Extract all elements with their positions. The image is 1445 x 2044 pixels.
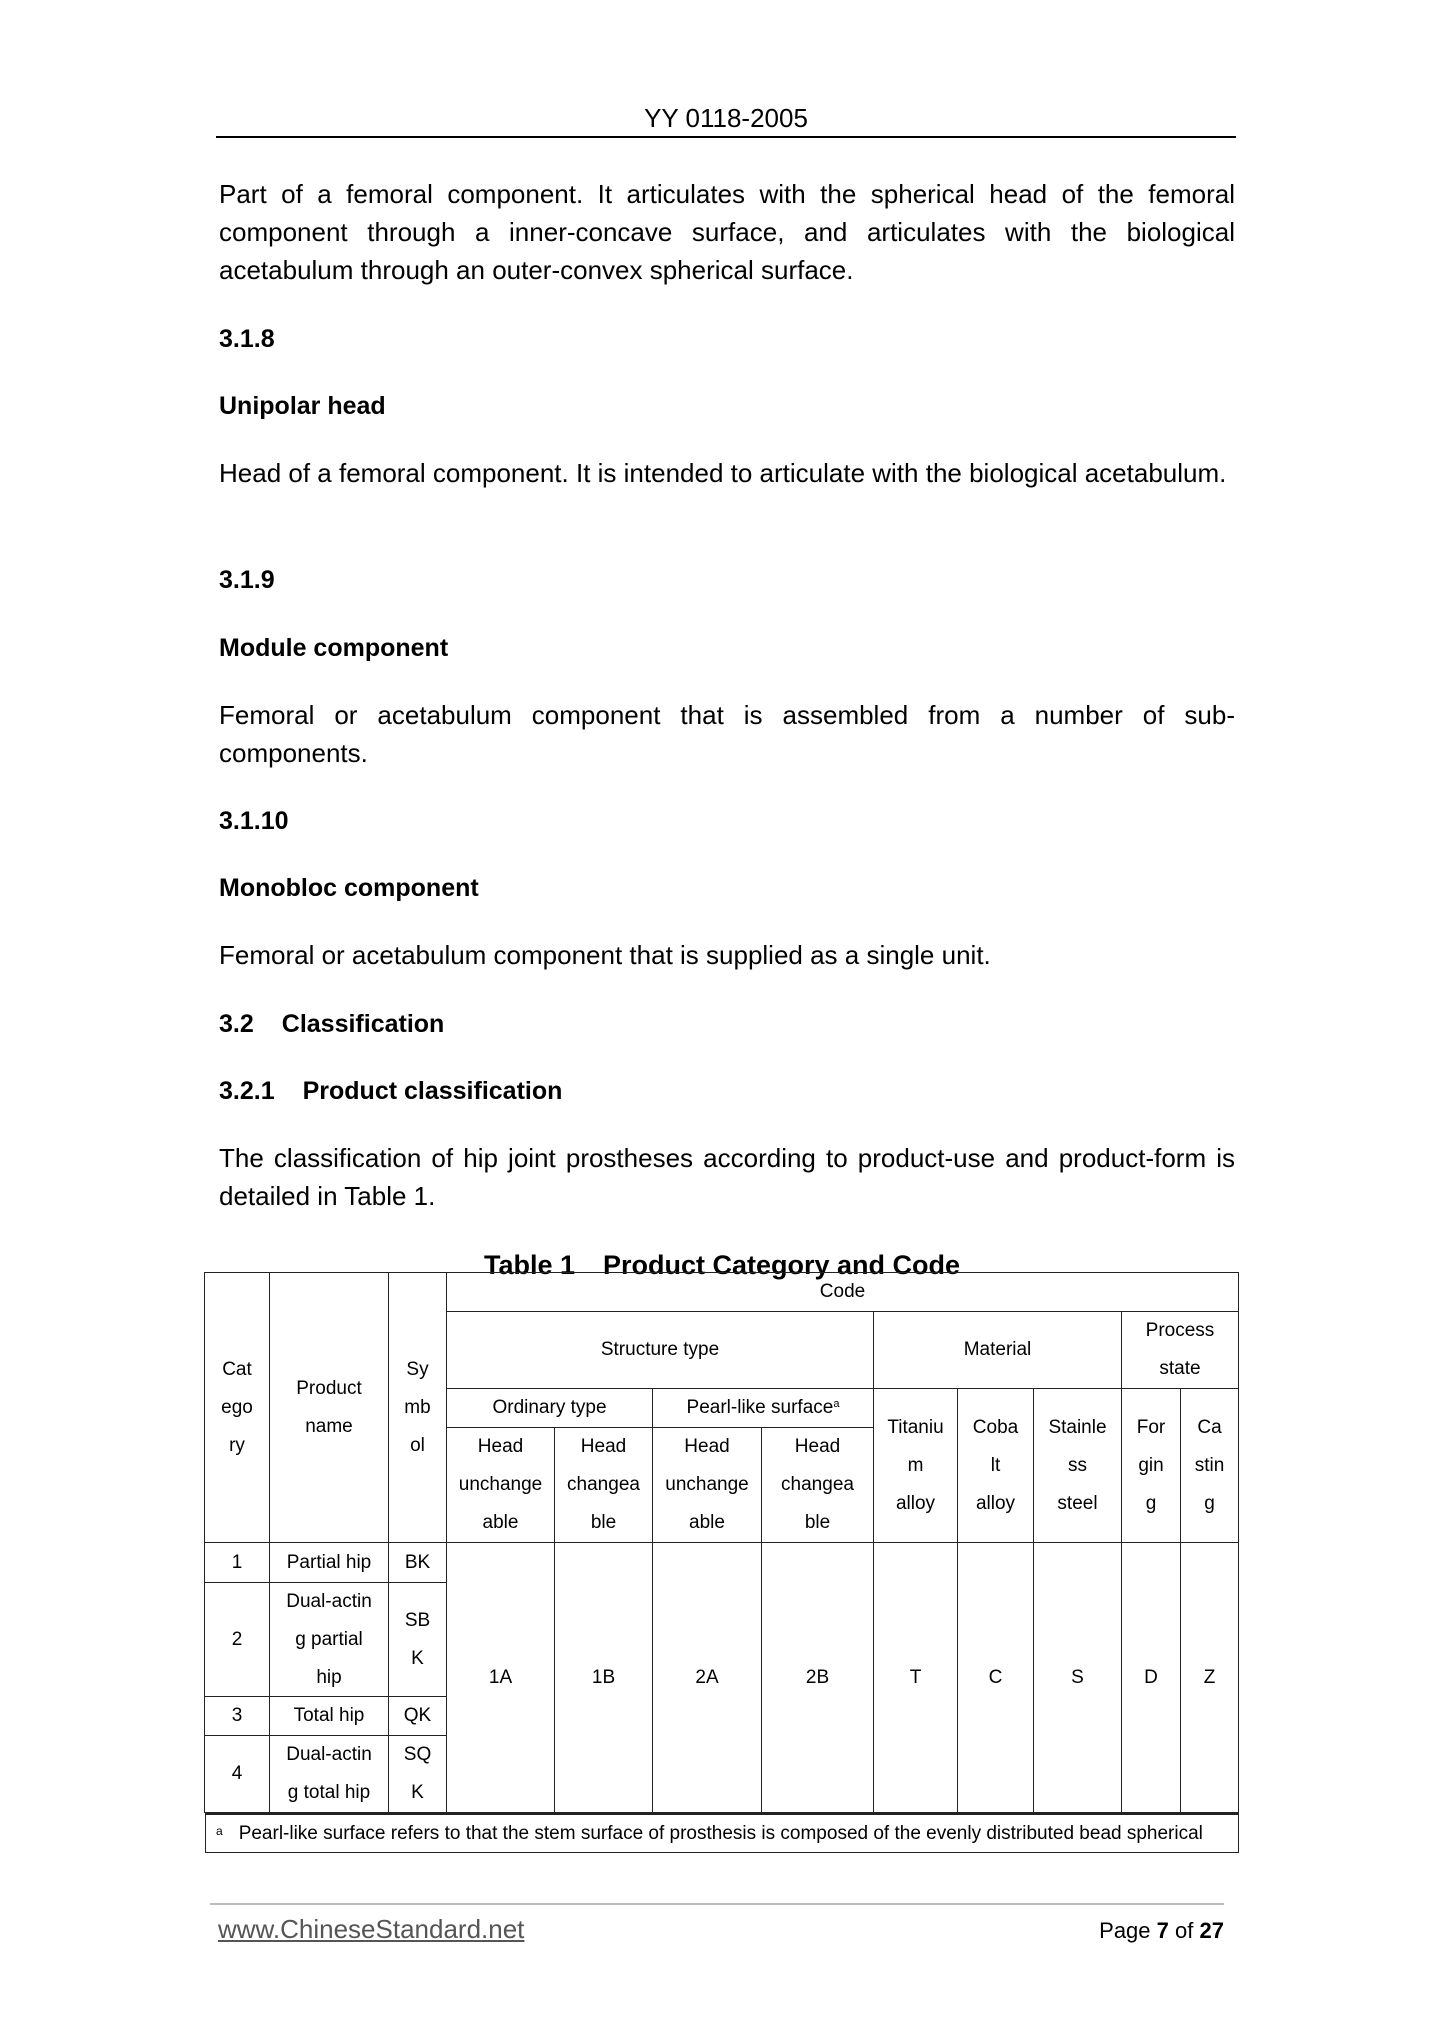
row-symbol: QK xyxy=(388,1696,447,1736)
total-pages: 27 xyxy=(1200,1918,1224,1943)
classification-paragraph: The classification of hip joint prosthes… xyxy=(219,1139,1235,1215)
table-footnote: aPearl-like surface refers to that the s… xyxy=(205,1813,1239,1853)
header-cobalt-alloy: Cobaltalloy xyxy=(957,1388,1034,1543)
section-number: 3.2 xyxy=(219,1010,254,1038)
header-ordinary-head-changeable: Headchangeable xyxy=(554,1427,653,1543)
header-process-state: Processstate xyxy=(1121,1311,1239,1389)
current-page: 7 xyxy=(1157,1918,1169,1943)
section-number-3-1-8: 3.1.8 xyxy=(219,325,275,354)
header-product-name: Productname xyxy=(269,1272,389,1543)
section-number: 3.2.1 xyxy=(219,1077,275,1105)
row-product-name: Total hip xyxy=(269,1696,389,1736)
header-category: Category xyxy=(204,1272,270,1543)
row-category: 3 xyxy=(204,1696,270,1736)
header-pearl-like-surface: Pearl-like surfacea xyxy=(652,1388,874,1428)
page-indicator: Page 7 of 27 xyxy=(1000,1918,1224,1944)
row-product-name: Dual-acting partialhip xyxy=(269,1582,389,1697)
term-module-component: Module component xyxy=(219,634,448,663)
code-cell: C xyxy=(957,1542,1034,1813)
code-cell: D xyxy=(1121,1542,1181,1813)
definition-module-component: Femoral or acetabulum component that is … xyxy=(219,696,1235,772)
footnote-mark: a xyxy=(216,1824,223,1838)
header-material: Material xyxy=(873,1311,1122,1389)
header-casting: Casting xyxy=(1180,1388,1239,1543)
code-cell: S xyxy=(1033,1542,1122,1813)
footer-rule xyxy=(210,1903,1224,1905)
section-title: Classification xyxy=(282,1010,445,1038)
section-number-3-1-10: 3.1.10 xyxy=(219,807,289,836)
code-cell: 1A xyxy=(446,1542,555,1813)
code-cell: 1B xyxy=(554,1542,653,1813)
definition-unipolar-head: Head of a femoral component. It is inten… xyxy=(219,454,1235,492)
header-ordinary-type: Ordinary type xyxy=(446,1388,653,1428)
code-cell: 2B xyxy=(761,1542,874,1813)
code-cell: 2A xyxy=(652,1542,762,1813)
row-product-name: Dual-acting total hip xyxy=(269,1735,389,1813)
row-category: 1 xyxy=(204,1542,270,1583)
header-symbol: Symbol xyxy=(388,1272,447,1543)
header-stainless-steel: Stainlesssteel xyxy=(1033,1388,1122,1543)
footnote-text: Pearl-like surface refers to that the st… xyxy=(239,1823,1203,1844)
section-number-3-1-9: 3.1.9 xyxy=(219,566,275,595)
header-rule xyxy=(216,136,1236,138)
header-forging: Forging xyxy=(1121,1388,1181,1543)
intro-paragraph: Part of a femoral component. It articula… xyxy=(219,175,1235,289)
header-pearl-head-unchangeable: Headunchangeable xyxy=(652,1427,762,1543)
header-structure-type: Structure type xyxy=(446,1311,874,1389)
term-unipolar-head: Unipolar head xyxy=(219,392,386,421)
header-pearl-head-changeable: Headchangeable xyxy=(761,1427,874,1543)
row-symbol: SBK xyxy=(388,1582,447,1697)
term-monobloc-component: Monobloc component xyxy=(219,874,479,903)
row-product-name: Partial hip xyxy=(269,1542,389,1583)
document-header: YY 0118-2005 xyxy=(216,103,1236,134)
header-ordinary-head-unchangeable: Headunchangeable xyxy=(446,1427,555,1543)
code-cell: Z xyxy=(1180,1542,1239,1813)
definition-monobloc-component: Femoral or acetabulum component that is … xyxy=(219,936,1235,974)
row-category: 4 xyxy=(204,1735,270,1813)
row-symbol: SQK xyxy=(388,1735,447,1813)
code-cell: T xyxy=(873,1542,958,1813)
website-link[interactable]: www.ChineseStandard.net xyxy=(218,1914,524,1945)
section-title: Product classification xyxy=(303,1077,563,1105)
section-heading-3-2: 3.2Classification xyxy=(219,1010,444,1039)
section-heading-3-2-1: 3.2.1Product classification xyxy=(219,1077,562,1106)
row-symbol: BK xyxy=(388,1542,447,1583)
row-category: 2 xyxy=(204,1582,270,1697)
header-titanium-alloy: Titaniumalloy xyxy=(873,1388,958,1543)
header-code: Code xyxy=(446,1272,1239,1312)
